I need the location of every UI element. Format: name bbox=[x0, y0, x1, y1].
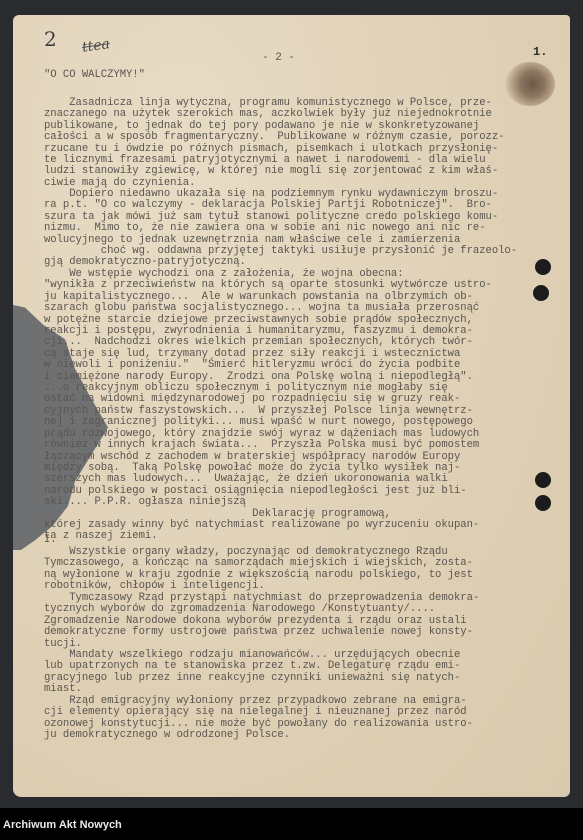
section-paragraph: Rząd emigracyjny wyłoniony przez przypad… bbox=[44, 696, 473, 742]
scan-area: 2 ttea - 2 - 1. "O CO WALCZYMY!" Zasadni… bbox=[0, 0, 583, 808]
paragraph-quote: We wstępie wychodzi ona z założenia, że … bbox=[44, 269, 492, 543]
archive-caption-bar: Archiwum Akt Nowych bbox=[0, 808, 583, 840]
punch-hole bbox=[535, 472, 551, 488]
paragraph-intro: Zasadnicza linja wytyczna, programu komu… bbox=[44, 98, 504, 189]
punch-hole bbox=[535, 495, 551, 511]
section-paragraph: Tymczasowy Rząd przystąpi natychmiast do… bbox=[44, 593, 479, 650]
punch-hole bbox=[535, 259, 551, 275]
page-number: - 2 - bbox=[262, 52, 295, 64]
section-marker: I. bbox=[44, 535, 57, 546]
section-paragraph: Wszystkie organy władzy, poczynając od d… bbox=[44, 547, 473, 593]
corner-mark: 1. bbox=[533, 45, 547, 59]
paragraph-brochure: Dopiero niedawno ukazała się na podziemn… bbox=[44, 189, 517, 269]
section-paragraph: Mandaty wszelkiego rodzaju mianowańców..… bbox=[44, 650, 460, 696]
handwritten-page-number: 2 bbox=[44, 27, 57, 51]
document-title: "O CO WALCZYMY!" bbox=[44, 70, 145, 81]
stain-mark bbox=[505, 62, 555, 106]
archive-name: Archiwum Akt Nowych bbox=[3, 819, 122, 831]
punch-hole bbox=[533, 285, 549, 301]
